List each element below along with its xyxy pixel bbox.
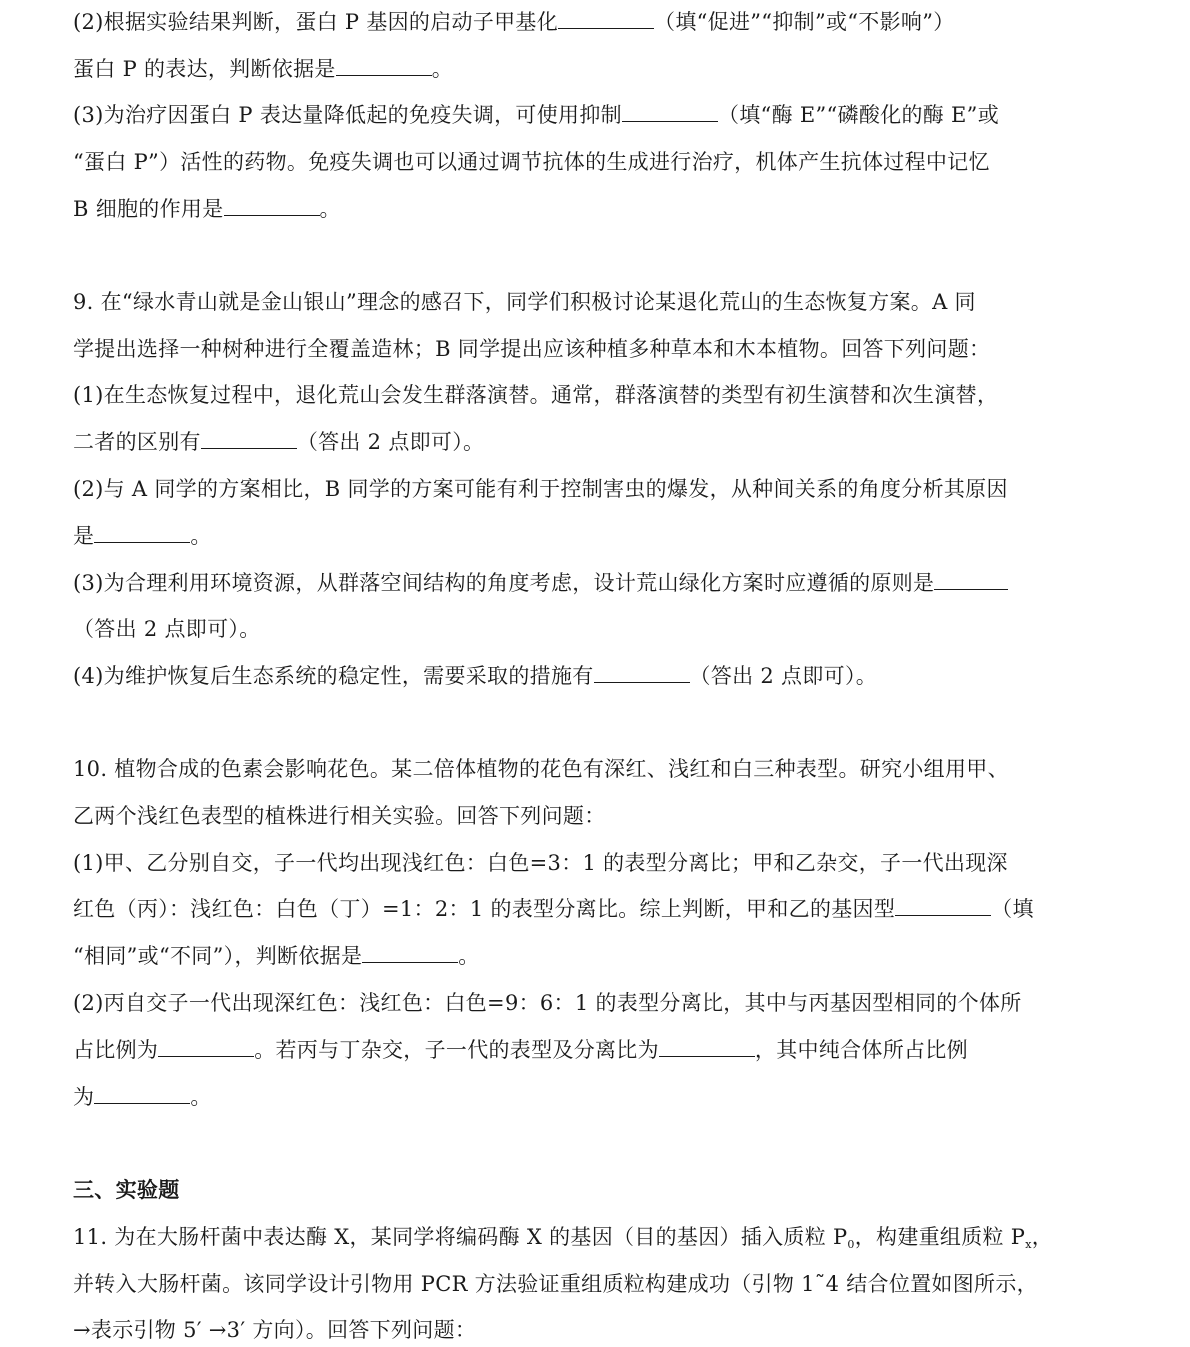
answer-blank[interactable]: [558, 8, 654, 29]
answer-blank[interactable]: [594, 662, 690, 683]
q9-part2-line2: 是。: [73, 522, 212, 550]
answer-blank[interactable]: [158, 1036, 254, 1057]
q10-stem-line2: 乙两个浅红色表型的植株进行相关实验。回答下列问题：: [73, 802, 606, 830]
answer-blank[interactable]: [895, 895, 991, 916]
answer-blank[interactable]: [934, 569, 1008, 590]
answer-blank[interactable]: [659, 1036, 755, 1057]
q10-part1-line2: 红色（丙）：浅红色：白色（丁）=1：2：1 的表型分离比。综上判断，甲和乙的基因…: [73, 895, 1034, 923]
q10-part2-line3: 为。: [73, 1083, 212, 1111]
q10-part1-line1: (1)甲、乙分别自交，子一代均出现浅红色：白色=3：1 的表型分离比；甲和乙杂交…: [73, 849, 1008, 877]
q8-part3-line2: “蛋白 P”）活性的药物。免疫失调也可以通过调节抗体的生成进行治疗，机体产生抗体…: [73, 148, 990, 176]
q10-stem-line1: 10. 植物合成的色素会影响花色。某二倍体植物的花色有深红、浅红和白三种表型。研…: [73, 755, 1009, 783]
q9-stem-line1: 9. 在“绿水青山就是金山银山”理念的感召下，同学们积极讨论某退化荒山的生态恢复…: [73, 288, 976, 316]
answer-blank[interactable]: [622, 101, 718, 122]
q8-part2-line2: 蛋白 P 的表达，判断依据是。: [73, 55, 453, 83]
q9-part3-line2: （答出 2 点即可）。: [73, 615, 261, 643]
q10-part2-line2: 占比例为。若丙与丁杂交，子一代的表型及分离比为，其中纯合体所占比例: [73, 1036, 968, 1064]
q8-part3-line3: B 细胞的作用是。: [73, 195, 341, 223]
q11-line3: →表示引物 5′ →3′ 方向）。回答下列问题：: [73, 1316, 476, 1344]
answer-blank[interactable]: [94, 1083, 190, 1104]
q9-part1-line2: 二者的区别有（答出 2 点即可）。: [73, 428, 484, 456]
q9-part4-line1: (4)为维护恢复后生态系统的稳定性，需要采取的措施有（答出 2 点即可）。: [73, 662, 877, 690]
section-heading: 三、实验题: [73, 1176, 180, 1204]
q11-line2: 并转入大肠杆菌。该同学设计引物用 PCR 方法验证重组质粒构建成功（引物 1˜4…: [73, 1270, 1038, 1298]
q9-part2-line1: (2)与 A 同学的方案相比，B 同学的方案可能有利于控制害虫的爆发，从种间关系…: [73, 475, 1008, 503]
q11-line1: 11. 为在大肠杆菌中表达酶 X，某同学将编码酶 X 的基因（目的基因）插入质粒…: [73, 1223, 1053, 1251]
q9-stem-line2: 学提出选择一种树种进行全覆盖造林；B 同学提出应该种植多种草本和木本植物。回答下…: [73, 335, 990, 363]
q10-part2-line1: (2)丙自交子一代出现深红色：浅红色：白色=9：6：1 的表型分离比，其中与丙基…: [73, 989, 1022, 1017]
q10-part1-line3: “相同”或“不同”），判断依据是。: [73, 942, 480, 970]
answer-blank[interactable]: [224, 195, 320, 216]
q9-part1-line1: (1)在生态恢复过程中，退化荒山会发生群落演替。通常，群落演替的类型有初生演替和…: [73, 381, 998, 409]
answer-blank[interactable]: [201, 428, 297, 449]
answer-blank[interactable]: [362, 942, 458, 963]
answer-blank[interactable]: [336, 55, 432, 76]
q8-part2-line1: (2)根据实验结果判断，蛋白 P 基因的启动子甲基化（填“促进”“抑制”或“不影…: [73, 8, 955, 36]
answer-blank[interactable]: [94, 522, 190, 543]
q9-part3-line1: (3)为合理利用环境资源，从群落空间结构的角度考虑，设计荒山绿化方案时应遵循的原…: [73, 569, 1008, 597]
q8-part3-line1: (3)为治疗因蛋白 P 表达量降低起的免疫失调，可使用抑制（填“酶 E”“磷酸化…: [73, 101, 999, 129]
